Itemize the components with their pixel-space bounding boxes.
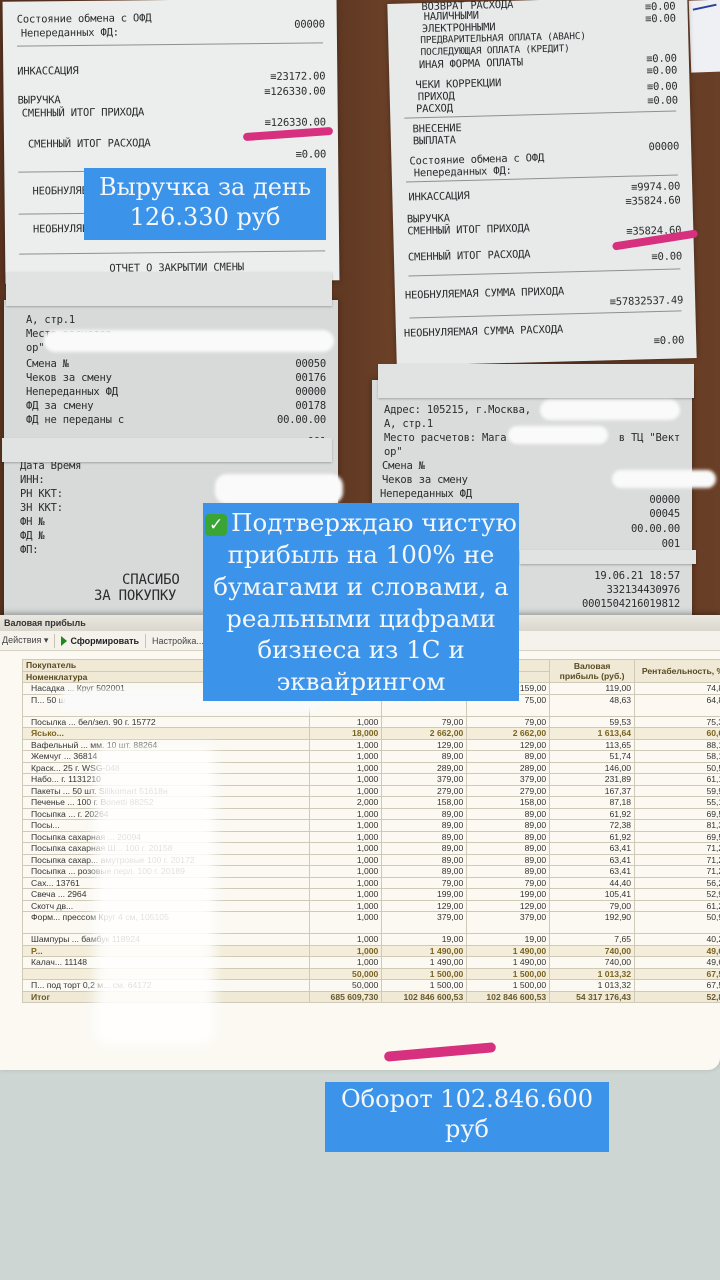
receipt-value: ≡35824.60 <box>625 194 680 207</box>
cell-profit: 63,41 <box>550 843 635 855</box>
cell-qty: 1,000 <box>310 866 382 878</box>
receipt-label: Непереданных ФД: <box>21 27 119 40</box>
cell-s2: 89,00 <box>467 843 550 855</box>
cell-profit: 1 613,64 <box>550 728 635 740</box>
cell-rent: 61,24 <box>635 900 720 912</box>
cell-profit: 61,92 <box>550 831 635 843</box>
cell-profit: 7,65 <box>550 934 635 946</box>
receipt-value: ≡0.00 <box>645 0 676 13</box>
receipt-label: Чеков за смену <box>382 474 468 486</box>
cell-s1: 129,00 <box>382 739 467 751</box>
cell-qty: 1,000 <box>310 774 382 786</box>
cell-s1: 89,00 <box>382 751 467 763</box>
cell-s1: 79,00 <box>382 877 467 889</box>
cell-qty: 1,000 <box>310 854 382 866</box>
cell-rent: 40,26 <box>635 934 720 946</box>
cell-rent: 88,10 <box>635 739 720 751</box>
cell-name: Ясько... <box>23 728 310 740</box>
receipt-label: Смена № <box>382 460 425 472</box>
receipt-value: ≡0.00 <box>651 250 682 263</box>
caption-line: Выручка за день <box>84 172 326 202</box>
cell-profit: 1 013,32 <box>550 980 635 992</box>
tape-strip <box>378 364 694 398</box>
receipt-label: ЗН ККТ: <box>20 502 63 514</box>
header-gross-profit[interactable]: Валовая прибыль (руб.) <box>550 660 635 683</box>
caption-line: руб <box>325 1114 609 1144</box>
receipt-label: ИНН: <box>20 474 45 486</box>
cell-s1: 89,00 <box>382 808 467 820</box>
cell-s2: 19,00 <box>467 934 550 946</box>
generate-label: Сформировать <box>70 636 139 646</box>
cell-s2: 89,00 <box>467 854 550 866</box>
receipt-label: РАСХОД <box>416 102 453 115</box>
receipt-left-shift-report: Состояние обмена с ОФД Непереданных ФД: … <box>3 0 340 284</box>
cell-s1: 79,00 <box>382 716 467 728</box>
cell-profit: 231,89 <box>550 774 635 786</box>
receipt-label: Чеков за смену <box>26 372 112 384</box>
cell-s2: 79,00 <box>467 877 550 889</box>
receipt-label: Непереданных ФД <box>380 488 472 500</box>
actions-menu-button[interactable]: Действия ▾ <box>2 635 48 646</box>
check-mark-icon: ✓ <box>205 514 227 536</box>
cell-s1: 279,00 <box>382 785 467 797</box>
cell-s1: 1 500,00 <box>382 980 467 992</box>
cell-profit: 72,38 <box>550 820 635 832</box>
cell-profit: 146,00 <box>550 762 635 774</box>
receipt-label: СМЕННЫЙ ИТОГ ПРИХОДА <box>22 106 145 119</box>
cell-profit: 59,53 <box>550 716 635 728</box>
cell-rent: 52,81 <box>635 991 720 1003</box>
receipt-value: 00000 <box>649 494 680 506</box>
cell-qty: 1,000 <box>310 739 382 751</box>
cell-rent: 71,25 <box>635 854 720 866</box>
cell-profit: 87,18 <box>550 797 635 809</box>
redaction-blur <box>44 330 334 352</box>
settings-button[interactable]: Настройка... <box>152 636 204 646</box>
cell-profit: 63,41 <box>550 854 635 866</box>
receipt-label: ФП: <box>20 544 38 556</box>
cell-s2: 79,00 <box>467 716 550 728</box>
cell-s2: 379,00 <box>467 774 550 786</box>
cell-profit: 44,40 <box>550 877 635 889</box>
tape-strip <box>520 550 696 564</box>
receipt-value: 00.00.00 <box>631 523 680 535</box>
cell-s2: 89,00 <box>467 820 550 832</box>
cell-s2: 289,00 <box>467 762 550 774</box>
cell-profit: 740,00 <box>550 957 635 969</box>
cell-rent: 60,62 <box>635 728 720 740</box>
receipt-label: НЕОБНУЛЯЕМАЯ СУММА РАСХОДА <box>404 324 563 340</box>
cell-qty: 1,000 <box>310 912 382 934</box>
cell-s1: 89,00 <box>382 843 467 855</box>
cell-profit: 167,37 <box>550 785 635 797</box>
cell-qty: 18,000 <box>310 728 382 740</box>
receipt-value: ≡0.00 <box>653 334 684 347</box>
receipt-value: ≡126330.00 <box>264 85 325 98</box>
cell-s1: 89,00 <box>382 831 467 843</box>
cell-qty: 1,000 <box>310 957 382 969</box>
redaction-blur <box>215 474 343 504</box>
receipt-thanks: ЗА ПОКУПКУ <box>94 588 176 604</box>
cell-profit: 119,00 <box>550 683 635 695</box>
receipt-value: ≡9974.00 <box>631 180 680 193</box>
cell-qty: 1,000 <box>310 843 382 855</box>
cell-s2: 89,00 <box>467 808 550 820</box>
caption-daily-revenue: Выручка за день 126.330 руб <box>84 168 326 240</box>
cell-qty: 1,000 <box>310 889 382 901</box>
caption-line: Оборот 102.846.600 <box>325 1084 609 1114</box>
receipt-value: 0001504216019812 <box>582 598 680 610</box>
receipt-thanks: СПАСИБО <box>122 572 180 588</box>
cell-s1: 89,00 <box>382 866 467 878</box>
receipt-value: 00050 <box>295 358 326 370</box>
receipt-value: ≡0.00 <box>646 64 677 77</box>
cell-qty: 1,000 <box>310 751 382 763</box>
receipt-value: ≡0.00 <box>647 80 678 93</box>
cell-rent: 67,55 <box>635 968 720 980</box>
cell-qty: 1,000 <box>310 900 382 912</box>
cell-qty: 1,000 <box>310 945 382 957</box>
cell-profit: 51,74 <box>550 751 635 763</box>
cell-profit: 192,90 <box>550 912 635 934</box>
cell-rent: 50,90 <box>635 912 720 934</box>
cell-qty: 50,000 <box>310 968 382 980</box>
receipt-label: ИНАЯ ФОРМА ОПЛАТЫ <box>419 56 523 71</box>
cell-rent: 71,25 <box>635 843 720 855</box>
receipt-value: 332134430976 <box>607 584 680 596</box>
receipt-label: ИНКАССАЦИЯ <box>408 190 470 204</box>
receipt-label: ВЫРУЧКА <box>18 94 61 106</box>
receipt-label: СМЕННЫЙ ИТОГ РАСХОДА <box>408 248 531 263</box>
receipt-value: 00.00.00 <box>277 414 326 426</box>
receipt-label: ФД не переданы с <box>26 414 124 426</box>
table-row[interactable]: Посылка ... бел/зел. 90 г. 157721,00079,… <box>23 716 720 728</box>
cell-s2: 1 490,00 <box>467 945 550 957</box>
receipt-label: ФН № <box>20 516 45 528</box>
cell-rent: 69,57 <box>635 808 720 820</box>
cell-s1: 199,00 <box>382 889 467 901</box>
paper-note-fragment <box>689 0 720 73</box>
receipt-value: 00000 <box>294 18 325 30</box>
cell-qty: 1,000 <box>310 762 382 774</box>
cell-s1: 2 662,00 <box>382 728 467 740</box>
cell-profit: 105,41 <box>550 889 635 901</box>
cell-rent: 71,25 <box>635 866 720 878</box>
cell-rent: 69,57 <box>635 831 720 843</box>
caption-turnover: Оборот 102.846.600 руб <box>325 1082 609 1152</box>
cell-rent: 67,55 <box>635 980 720 992</box>
cell-rent: 56,20 <box>635 877 720 889</box>
receipt-label: ПРИХОД <box>418 90 455 103</box>
cell-profit: 740,00 <box>550 945 635 957</box>
receipt-label: ФД № <box>20 530 45 542</box>
receipt-right-shift-report: ВОЗВРАТ РАСХОДА НАЛИЧНЫМИ ≡0.00 ЭЛЕКТРОН… <box>387 0 696 366</box>
receipt-label: Смена № <box>26 358 69 370</box>
cell-s1: 379,00 <box>382 774 467 786</box>
receipt-value: 00176 <box>295 372 326 384</box>
cell-rent: 58,13 <box>635 751 720 763</box>
receipt-value: ≡0.00 <box>646 52 677 65</box>
cell-s1: 289,00 <box>382 762 467 774</box>
cell-rent: 55,18 <box>635 797 720 809</box>
receipt-label: Непереданных ФД <box>26 386 118 398</box>
tape-strip <box>2 438 332 462</box>
cell-profit: 61,92 <box>550 808 635 820</box>
caption-confirmation: ✓Подтверждаю чистую прибыль на 100% не б… <box>203 503 519 701</box>
cell-s2: 89,00 <box>467 866 550 878</box>
receipt-label: А, стр.1 <box>26 314 75 326</box>
cell-s2: 102 846 600,53 <box>467 991 550 1003</box>
receipt-value: ≡23172.00 <box>270 70 325 83</box>
cell-s2: 1 500,00 <box>467 980 550 992</box>
caption-line: 126.330 руб <box>84 202 326 232</box>
cell-profit: 113,65 <box>550 739 635 751</box>
receipt-label: Адрес: 105215, г.Москва, <box>384 404 531 416</box>
cell-rent: 52,97 <box>635 889 720 901</box>
cell-s2: 89,00 <box>467 831 550 843</box>
cell-s1: 89,00 <box>382 854 467 866</box>
receipt-label: ФД за смену <box>26 400 93 412</box>
cell-s2: 2 662,00 <box>467 728 550 740</box>
cell-s2: 129,00 <box>467 739 550 751</box>
cell-rent: 74,84 <box>635 683 720 695</box>
cell-s2: 89,00 <box>467 751 550 763</box>
cell-profit: 1 013,32 <box>550 968 635 980</box>
receipt-value: 001 <box>662 538 680 550</box>
cell-s1: 1 500,00 <box>382 968 467 980</box>
play-icon <box>61 636 67 646</box>
receipt-value: ≡0.00 <box>647 94 678 107</box>
receipt-label: Место расчетов: Мага <box>384 432 506 444</box>
receipt-value: в ТЦ "Вект <box>619 432 680 444</box>
cell-s2: 199,00 <box>467 889 550 901</box>
cell-rent: 49,66 <box>635 957 720 969</box>
cell-qty: 50,000 <box>310 980 382 992</box>
receipt-value: 00045 <box>649 508 680 520</box>
cell-qty: 1,000 <box>310 785 382 797</box>
cell-profit: 79,00 <box>550 900 635 912</box>
receipt-value: ≡0.00 <box>295 148 326 160</box>
cell-s2: 279,00 <box>467 785 550 797</box>
cell-qty: 1,000 <box>310 820 382 832</box>
redaction-blur <box>612 470 716 488</box>
cell-s1: 379,00 <box>382 912 467 934</box>
tape-strip <box>6 272 332 306</box>
cell-s1: 1 490,00 <box>382 945 467 957</box>
receipt-label: А, стр.1 <box>384 418 433 430</box>
receipt-label: Состояние обмена с ОФД <box>17 12 152 25</box>
caption-text: Подтверждаю чистую прибыль на 100% не бу… <box>213 508 517 696</box>
cell-s1: 19,00 <box>382 934 467 946</box>
redaction-blur <box>95 745 215 1045</box>
cell-qty: 1,000 <box>310 934 382 946</box>
receipt-label: ИНКАССАЦИЯ <box>17 65 78 78</box>
redaction-blur <box>540 400 680 420</box>
cell-s1: 89,00 <box>382 820 467 832</box>
header-profitability[interactable]: Рентабельность, % <box>635 660 720 683</box>
receipt-label: Непереданных ФД: <box>414 165 512 180</box>
receipt-label: ВЫПЛАТА <box>413 134 456 147</box>
receipt-label: НЕОБНУЛЯЕМАЯ СУММА ПРИХОДА <box>405 285 564 301</box>
redaction-blur <box>508 426 608 444</box>
receipt-value: ≡57832537.49 <box>610 294 684 308</box>
cell-qty: 1,000 <box>310 831 382 843</box>
cell-qty: 1,000 <box>310 877 382 889</box>
receipt-label: ор" <box>26 342 44 354</box>
receipt-value: 00000 <box>295 386 326 398</box>
cell-qty: 1,000 <box>310 716 382 728</box>
cell-profit: 63,41 <box>550 866 635 878</box>
cell-profit: 54 317 176,43 <box>550 991 635 1003</box>
receipt-label: ЧЕКИ КОРРЕКЦИИ <box>415 77 501 91</box>
receipt-label: РН ККТ: <box>20 488 63 500</box>
cell-rent: 64,84 <box>635 694 720 716</box>
cell-rent: 61,18 <box>635 774 720 786</box>
table-row[interactable]: Ясько...18,0002 662,002 662,001 613,6460… <box>23 728 720 740</box>
receipt-label: СМЕННЫЙ ИТОГ РАСХОДА <box>28 137 151 150</box>
generate-button[interactable]: Сформировать <box>61 636 139 646</box>
cell-profit: 48,63 <box>550 694 635 716</box>
cell-rent: 75,35 <box>635 716 720 728</box>
cell-name: Посылка ... бел/зел. 90 г. 15772 <box>23 716 310 728</box>
receipt-value: ≡0.00 <box>645 12 676 25</box>
cell-s1: 1 490,00 <box>382 957 467 969</box>
receipt-label: СМЕННЫЙ ИТОГ ПРИХОДА <box>407 222 530 237</box>
cell-s1: 102 846 600,53 <box>382 991 467 1003</box>
cell-s2: 129,00 <box>467 900 550 912</box>
cell-s2: 158,00 <box>467 797 550 809</box>
cell-qty: 1,000 <box>310 808 382 820</box>
cell-rent: 49,66 <box>635 945 720 957</box>
cell-s1: 129,00 <box>382 900 467 912</box>
cell-s2: 379,00 <box>467 912 550 934</box>
cell-s1: 158,00 <box>382 797 467 809</box>
cell-rent: 50,52 <box>635 762 720 774</box>
cell-rent: 59,99 <box>635 785 720 797</box>
cell-qty: 2,000 <box>310 797 382 809</box>
receipt-label: ор" <box>384 446 402 458</box>
receipt-value: 00178 <box>295 400 326 412</box>
receipt-value: 19.06.21 18:57 <box>594 570 680 582</box>
cell-s2: 1 500,00 <box>467 968 550 980</box>
cell-qty: 685 609,730 <box>310 991 382 1003</box>
cell-s2: 1 490,00 <box>467 957 550 969</box>
cell-rent: 81,33 <box>635 820 720 832</box>
receipt-value: 00000 <box>648 140 679 153</box>
